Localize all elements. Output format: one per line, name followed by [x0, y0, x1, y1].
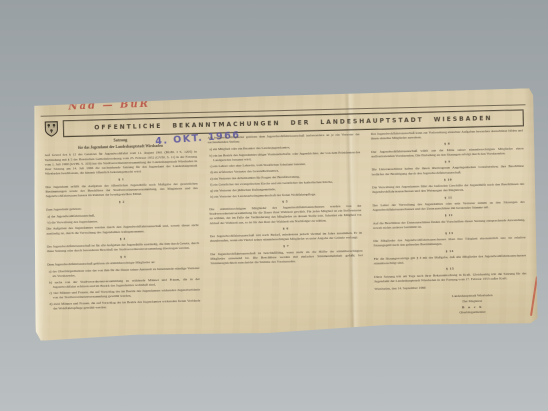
wiesbaden-coat-of-arms-icon: [43, 120, 60, 137]
body-paragraph: Auf die Beschlüsse der Unterausschüsse f…: [373, 218, 526, 231]
body-paragraph: Die Mitglieder des Jugendwohlfahrtsaussc…: [373, 235, 526, 248]
dateline: Wiesbaden, den 14. September 1966: [374, 283, 526, 291]
body-paragraph: Diese Satzung tritt am Tage nach ihrer B…: [374, 271, 527, 284]
body-paragraph: Der Jugendwohlfahrtsausschuß ist beschlu…: [210, 249, 363, 266]
body-paragraph: Die Unterausschüsse haben die ihnen über…: [372, 164, 525, 177]
body-paragraph: Der Leiter der Verwaltung des Jugendamte…: [372, 200, 525, 213]
body-paragraph: Die Verwaltung des Jugendamtes führt die…: [372, 182, 525, 195]
column-layout: Satzungfür das Jugendamt der Landeshaupt…: [44, 128, 527, 335]
column-left: Satzungfür das Jugendamt der Landeshaupt…: [44, 136, 201, 336]
newspaper-clipping: Nad — BuR ÖFFENTLICHE BEKANNTMACHUNGEN D…: [30, 88, 539, 341]
column-middle: Als beratende Mitglieder gehören dem Jug…: [207, 132, 364, 332]
photo-background: Nad — BuR ÖFFENTLICHE BEKANNTMACHUNGEN D…: [0, 0, 548, 411]
article-body: Satzungfür das Jugendamt der Landeshaupt…: [44, 128, 527, 335]
red-pencil-mark: [530, 276, 538, 316]
column-right: Der Jugendwohlfahrtsausschuß kann zur Vo…: [371, 128, 528, 328]
body-paragraph: Auf Grund des § 12 des Gesetzes für Juge…: [44, 150, 197, 177]
body-paragraph: Die Aufgaben des Jugendamtes werden durc…: [46, 223, 199, 236]
body-paragraph: Für die Sitzungsvorträge gilt § 4 mit de…: [374, 253, 527, 266]
body-paragraph: Die stimmberechtigten Mitglieder des Jug…: [209, 204, 362, 226]
body-paragraph: Der Jugendwohlfahrtsausschuß wählt aus d…: [371, 146, 524, 159]
body-paragraph: Der Jugendwohlfahrtsausschuß ist für all…: [47, 241, 200, 254]
handwritten-note: Nad — BuR: [68, 99, 150, 113]
body-paragraph: Der Jugendwohlfahrtsausschuß kann zur Vo…: [371, 128, 524, 141]
list-item: d) zwei Männer und Frauen, die auf Vorsc…: [53, 298, 201, 311]
masthead-title: ÖFFENTLICHE BEKANNTMACHUNGEN DER LANDESH…: [94, 115, 492, 131]
body-paragraph: Das Jugendamt erfüllt die Aufgaben der ö…: [45, 181, 198, 198]
body-paragraph: Der Jugendwohlfahrtsausschuß tritt nach …: [210, 231, 363, 244]
